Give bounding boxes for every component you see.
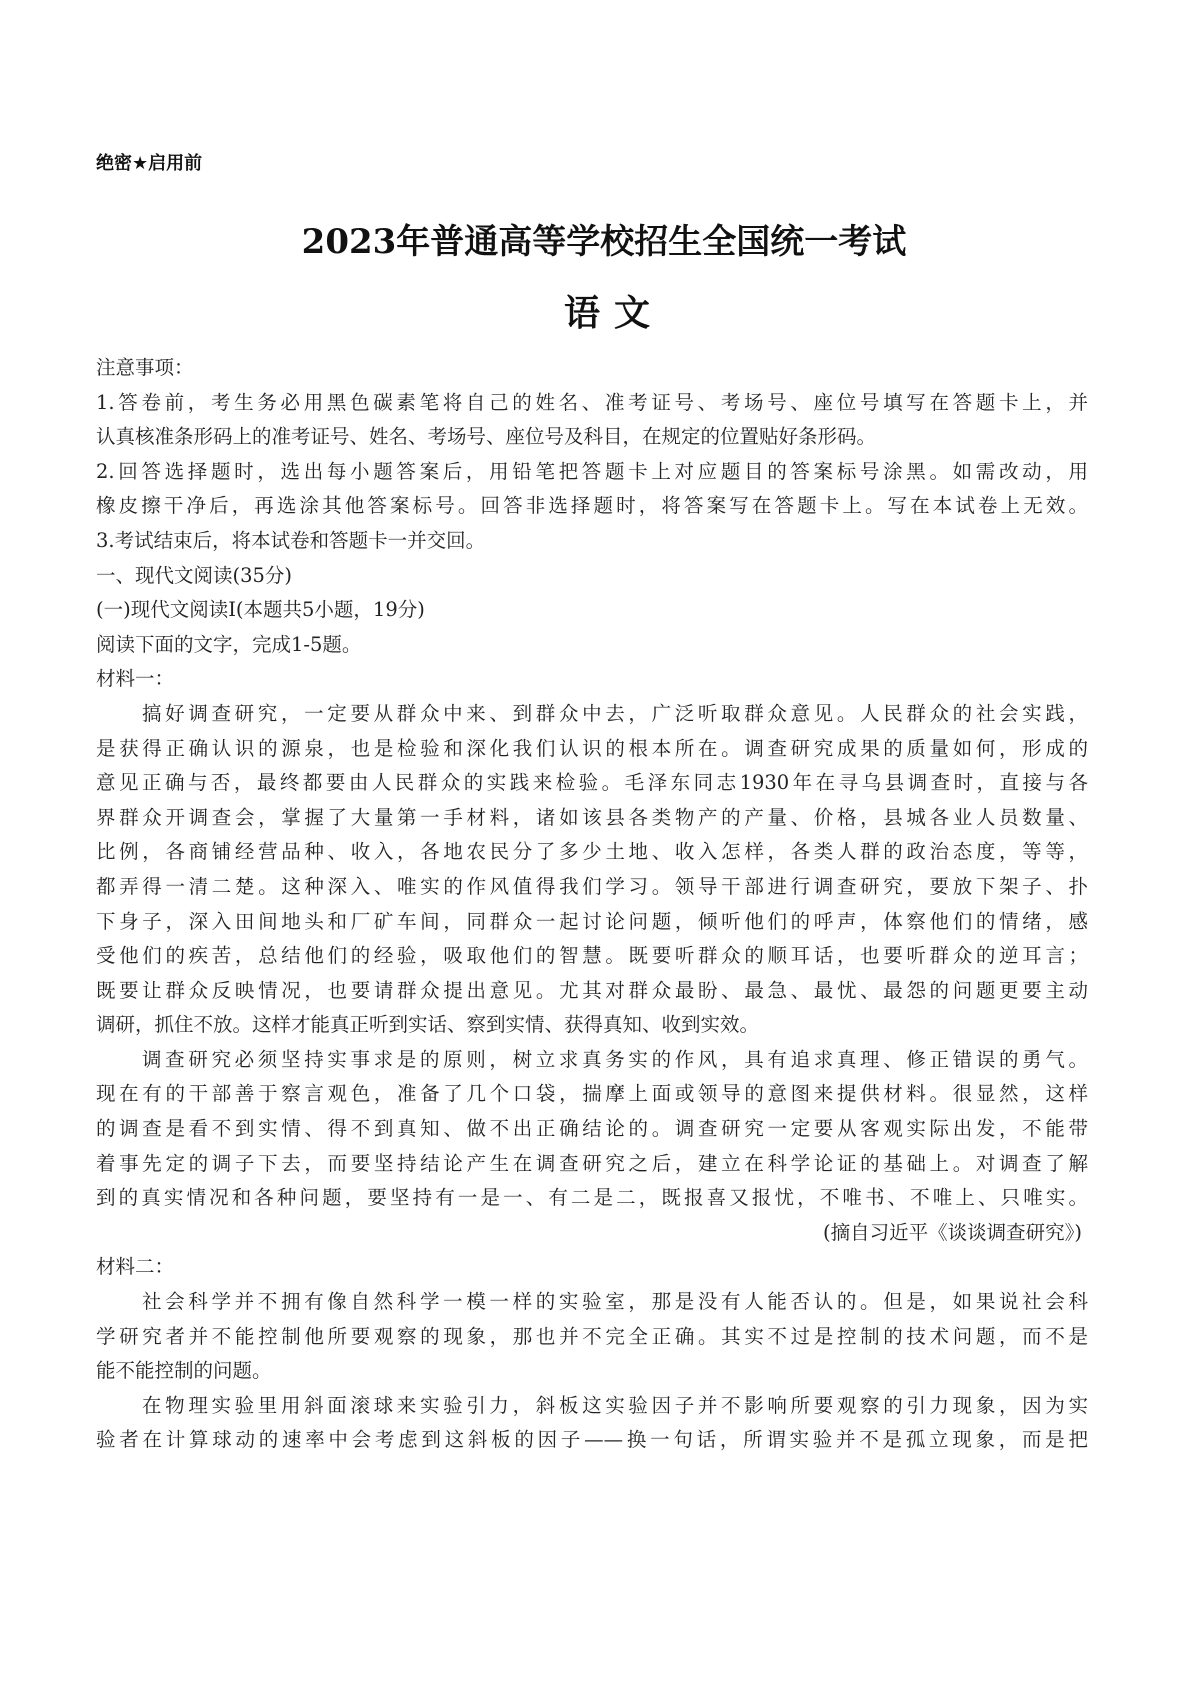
material-1-p1-line-2: 是获得正确认识的源泉，也是检验和深化我们认识的根本所在。调查研究成果的质量如何，… (96, 732, 1088, 767)
section-subheading: (一)现代文阅读I(本题共5小题，19分) (96, 593, 1088, 628)
material-1-p1-line-1: 搞好调查研究，一定要从群众中来、到群众中去，广泛听取群众意见。人民群众的社会实践… (96, 697, 1088, 732)
notice-item-3-line-1: 3.考试结束后，将本试卷和答题卡一并交回。 (96, 524, 1088, 559)
notice-item-2-line-1: 2.回答选择题时，选出每小题答案后，用铅笔把答题卡上对应题目的答案标号涂黑。如需… (96, 455, 1088, 490)
material-1-p1-line-8: 受他们的疾苦，总结他们的经验，吸取他们的智慧。既要听群众的顺耳话，也要听群众的逆… (96, 939, 1088, 974)
notice-heading: 注意事项： (96, 351, 1088, 386)
material-1-p1-line-4: 界群众开调查会，掌握了大量第一手材料，诸如该县各类物产的产量、价格，县城各业人员… (96, 801, 1088, 836)
material-1-p2-line-2: 现在有的干部善于察言观色，准备了几个口袋，揣摩上面或领导的意图来提供材料。很显然… (96, 1077, 1088, 1112)
material-2-p1-line-1: 社会科学并不拥有像自然科学一模一样的实验室，那是没有人能否认的。但是，如果说社会… (96, 1285, 1088, 1320)
material-1-p1-line-7: 下身子，深入田间地头和厂矿车间，同群众一起讨论问题，倾听他们的呼声，体察他们的情… (96, 905, 1088, 940)
notice-item-2-line-2: 橡皮擦干净后，再选涂其他答案标号。回答非选择题时，将答案写在答题卡上。写在本试卷… (96, 489, 1088, 524)
material-2-p1-line-3: 能不能控制的问题。 (96, 1354, 1088, 1389)
material-2-p2-line-1: 在物理实验里用斜面滚球来实验引力，斜板这实验因子并不影响所要观察的引力现象，因为… (96, 1389, 1088, 1424)
material-2-label: 材料二： (96, 1250, 1088, 1285)
material-1-source: (摘自习近平《谈谈调查研究》) (96, 1216, 1088, 1251)
material-1-p1-line-10: 调研，抓住不放。这样才能真正听到实话、察到实情、获得真知、收到实效。 (96, 1008, 1088, 1043)
notice-item-1-line-1: 1.答卷前，考生务必用黑色碳素笔将自己的姓名、准考证号、考场号、座位号填写在答题… (96, 386, 1088, 421)
material-1-p2-line-4: 着事先定的调子下去，而要坚持结论产生在调查研究之后，建立在科学论证的基础上。对调… (96, 1147, 1088, 1182)
material-2-p1-line-2: 学研究者并不能控制他所要观察的现象，那也并不完全正确。其实不过是控制的技术问题，… (96, 1320, 1088, 1355)
material-1-p1-line-3: 意见正确与否，最终都要由人民群众的实践来检验。毛泽东同志1930年在寻乌县调查时… (96, 766, 1088, 801)
classification-label: 绝密★启用前 (96, 152, 202, 176)
material-1-p2-line-5: 到的真实情况和各种问题，要坚持有一是一、有二是二，既报喜又报忧，不唯书、不唯上、… (96, 1181, 1088, 1216)
material-1-p1-line-5: 比例，各商铺经营品种、收入，各地农民分了多少土地、收入怎样，各类人群的政治态度，… (96, 835, 1088, 870)
section-instruction: 阅读下面的文字，完成1-5题。 (96, 628, 1088, 663)
material-1-p2-line-3: 的调查是看不到实情、得不到真知、做不出正确结论的。调查研究一定要从客观实际出发，… (96, 1112, 1088, 1147)
subject-title: 语文 (0, 288, 1200, 338)
section-heading: 一、现代文阅读(35分) (96, 559, 1088, 594)
material-1-p1-line-6: 都弄得一清二楚。这种深入、唯实的作风值得我们学习。领导干部进行调查研究，要放下架… (96, 870, 1088, 905)
notice-item-1-line-2: 认真核准条形码上的准考证号、姓名、考场号、座位号及科目，在规定的位置贴好条形码。 (96, 420, 1088, 455)
material-1-label: 材料一： (96, 662, 1088, 697)
material-2-p2-line-2: 验者在计算球动的速率中会考虑到这斜板的因子——换一句话，所谓实验并不是孤立现象，… (96, 1423, 1088, 1458)
material-1-p1-line-9: 既要让群众反映情况，也要请群众提出意见。尤其对群众最盼、最急、最忧、最怨的问题更… (96, 974, 1088, 1009)
exam-title: 2023年普通高等学校招生全国统一考试 (0, 218, 1200, 266)
exam-page: 绝密★启用前 2023年普通高等学校招生全国统一考试 语文 注意事项： 1.答卷… (0, 0, 1200, 1698)
material-1-p2-line-1: 调查研究必须坚持实事求是的原则，树立求真务实的作风，具有追求真理、修正错误的勇气… (96, 1043, 1088, 1078)
exam-body: 注意事项： 1.答卷前，考生务必用黑色碳素笔将自己的姓名、准考证号、考场号、座位… (96, 351, 1088, 1458)
